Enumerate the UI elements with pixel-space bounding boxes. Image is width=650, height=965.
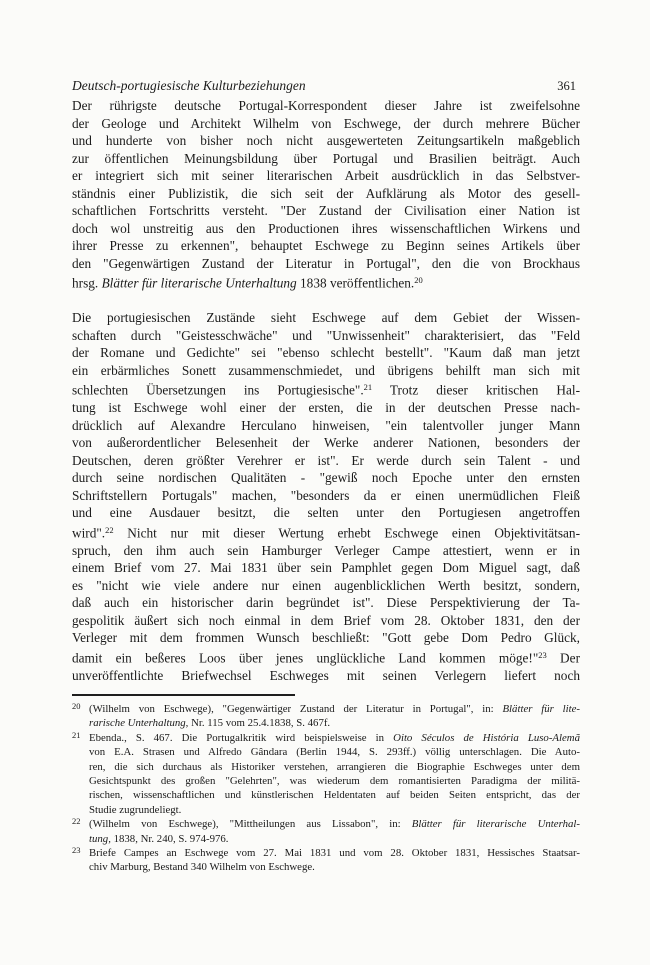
text-run: durch seine nordischen Qualitäten - "gew… xyxy=(72,470,580,485)
text-run: gespolitik äußert sich noch einmal in de… xyxy=(72,613,580,628)
text-run: der Romane und Gedichte" sei "ebenso sch… xyxy=(72,345,580,360)
text-run: 1838 veröffentlichen. xyxy=(297,276,415,291)
text-line: den "Gegenwärtigen Zustand der Literatur… xyxy=(72,255,580,273)
text-line: zur öffentlichen Meinungsbildung über Po… xyxy=(72,150,580,168)
footnote: 23Briefe Campes an Eschwege vom 27. Mai … xyxy=(72,846,580,875)
text-run: tung ist Eschwege wohl einer der ersten,… xyxy=(72,400,580,415)
text-run: doch wol unstreitig aus den Productionen… xyxy=(72,221,580,236)
text-line: daß auch ein historischer darin begründe… xyxy=(72,594,580,612)
footnote: 20(Wilhelm von Eschwege), "Gegenwärtiger… xyxy=(72,702,580,731)
footnote-line: chiv Marburg, Bestand 340 Wilhelm von Es… xyxy=(89,860,580,874)
footnote-ref: 22 xyxy=(105,525,114,535)
footnote-line: 23Briefe Campes an Eschwege vom 27. Mai … xyxy=(89,846,580,860)
text-run: ren, die sich durchaus als Historiker ve… xyxy=(89,761,580,773)
page-number: 361 xyxy=(557,78,580,95)
footnote-line: 22(Wilhelm von Eschwege), "Mittheilungen… xyxy=(89,817,580,831)
footnote-number: 23 xyxy=(72,843,81,857)
footnote-rule xyxy=(72,694,295,696)
text-run: Briefe Campes an Eschwege vom 27. Mai 18… xyxy=(89,847,580,859)
footnote-number: 20 xyxy=(72,699,81,713)
text-run: 1838, Nr. 240, S. 974-976. xyxy=(111,833,229,845)
text-run: der Geologe und Architekt Wilhelm von Es… xyxy=(72,116,580,131)
footnote-ref: 20 xyxy=(414,275,423,285)
text-line: ihrer Presse zu erkennen", behauptet Esc… xyxy=(72,237,580,255)
footnote-line: ren, die sich durchaus als Historiker ve… xyxy=(89,760,580,774)
text-line: schaften durch "Geistesschwäche" und "Un… xyxy=(72,327,580,345)
text-run: von außerordentlicher Belesenheit der We… xyxy=(72,435,580,450)
footnote-number: 21 xyxy=(72,728,81,742)
text-line: und hunderte von bisher noch nicht ausge… xyxy=(72,132,580,150)
text-run: und eine Ausdauer besitzt, die selten un… xyxy=(72,505,580,520)
text-line: unveröffentlichte Briefwechsel Eschweges… xyxy=(72,667,580,685)
footnote-line: Studie zugrundeliegt. xyxy=(89,803,580,817)
text-line: schaftlichen Fortschritts versteht. "Der… xyxy=(72,202,580,220)
text-run: hrsg. xyxy=(72,276,102,291)
text-run: rischen, wissenschaftlichen und künstler… xyxy=(89,789,580,801)
text-run: ihrer Presse zu erkennen", behauptet Esc… xyxy=(72,238,580,253)
text-line: durch seine nordischen Qualitäten - "gew… xyxy=(72,469,580,487)
body-text: Der rührigste deutsche Portugal-Korrespo… xyxy=(72,97,580,684)
footnote-line: 21Ebenda., S. 467. Die Portugalkritik wi… xyxy=(89,731,580,745)
footnote: 22(Wilhelm von Eschwege), "Mittheilungen… xyxy=(72,817,580,846)
text-line: Verleger mit dem frommen Wunsch beschlie… xyxy=(72,629,580,647)
text-run: Deutschen, deren größter Verehrer er ist… xyxy=(72,453,580,468)
footnote-line: tung, 1838, Nr. 240, S. 974-976. xyxy=(89,832,580,846)
footnote-number: 22 xyxy=(72,814,81,828)
text-run: schaftlichen Fortschritts versteht. "Der… xyxy=(72,203,580,218)
text-run: Nr. 115 vom 25.4.1838, S. 467f. xyxy=(188,717,330,729)
header-title: Deutsch-portugiesische Kulturbeziehungen xyxy=(72,77,306,94)
footnotes: 20(Wilhelm von Eschwege), "Gegenwärtiger… xyxy=(72,702,580,875)
text-line: wird".22 Nicht nur mit dieser Wertung er… xyxy=(72,522,580,542)
text-run: Studie zugrundeliegt. xyxy=(89,804,181,816)
text-run: Der rührigste deutsche Portugal-Korrespo… xyxy=(72,98,580,113)
text-run: Blätter für literarische Unterhaltung xyxy=(102,276,297,291)
text-line: der Geologe und Architekt Wilhelm von Es… xyxy=(72,115,580,133)
text-run: ein erbärmliches Sonett zusammenschmiede… xyxy=(72,363,580,378)
text-run: Verleger mit dem frommen Wunsch beschlie… xyxy=(72,630,580,645)
text-run: einem Brief vom 27. Mai 1831 über sein P… xyxy=(72,560,580,575)
text-run: tung, xyxy=(89,833,111,845)
text-run: drücklich auf Alexandre Herculano hinwei… xyxy=(72,418,580,433)
text-line: und eine Ausdauer besitzt, die selten un… xyxy=(72,504,580,522)
text-run: schaften durch "Geistesschwäche" und "Un… xyxy=(72,328,580,343)
text-line: ein erbärmliches Sonett zusammenschmiede… xyxy=(72,362,580,380)
text-line: doch wol unstreitig aus den Productionen… xyxy=(72,220,580,238)
text-run: spruch, den ihm auch sein Hamburger Verl… xyxy=(72,543,580,558)
text-run: ständnis einer Publizistik, die sich sei… xyxy=(72,186,580,201)
text-run: und hunderte von bisher noch nicht ausge… xyxy=(72,133,580,148)
text-line: schlechten Übersetzungen ins Portugiesis… xyxy=(72,379,580,399)
text-line: damit ein beßeres Loos über jenes unglüc… xyxy=(72,647,580,667)
text-run: zur öffentlichen Meinungsbildung über Po… xyxy=(72,151,580,166)
text-line: Die portugiesischen Zustände sieht Eschw… xyxy=(72,309,580,327)
footnote-line: rischen, wissenschaftlichen und künstler… xyxy=(89,788,580,802)
text-line: drücklich auf Alexandre Herculano hinwei… xyxy=(72,417,580,435)
footnote-ref: 23 xyxy=(538,650,547,660)
text-run: Trotz dieser kritischen Hal- xyxy=(372,383,580,398)
text-run: Die portugiesischen Zustände sieht Eschw… xyxy=(72,310,580,325)
text-run: Der xyxy=(547,650,580,665)
text-line: einem Brief vom 27. Mai 1831 über sein P… xyxy=(72,559,580,577)
text-run: es "nicht wie viele andere nur einen aug… xyxy=(72,578,580,593)
footnote: 21Ebenda., S. 467. Die Portugalkritik wi… xyxy=(72,731,580,817)
text-run: Ebenda., S. 467. Die Portugalkritik wird… xyxy=(89,732,393,744)
text-line: ständnis einer Publizistik, die sich sei… xyxy=(72,185,580,203)
text-run: Blätter für lite- xyxy=(502,703,580,715)
text-run: schlechten Übersetzungen ins Portugiesis… xyxy=(72,383,364,398)
paragraph: Die portugiesischen Zustände sieht Eschw… xyxy=(72,309,580,684)
text-line: er integriert sich mit seiner literarisc… xyxy=(72,167,580,185)
text-run: daß auch ein historischer darin begründe… xyxy=(72,595,580,610)
footnote-line: von E.A. Strasen und Alfredo Gândara (Be… xyxy=(89,745,580,759)
text-line: tung ist Eschwege wohl einer der ersten,… xyxy=(72,399,580,417)
text-line: der Romane und Gedichte" sei "ebenso sch… xyxy=(72,344,580,362)
text-run: Schriftstellern Portugals" machen, "beso… xyxy=(72,488,580,503)
footnote-line: rarische Unterhaltung, Nr. 115 vom 25.4.… xyxy=(89,716,580,730)
text-line: von außerordentlicher Belesenheit der We… xyxy=(72,434,580,452)
paragraph: Der rührigste deutsche Portugal-Korrespo… xyxy=(72,97,580,292)
text-run: unveröffentlichte Briefwechsel Eschweges… xyxy=(72,668,580,683)
text-run: damit ein beßeres Loos über jenes unglüc… xyxy=(72,650,538,665)
text-run: Oito Séculos de História Luso-Alemã xyxy=(393,732,580,744)
text-run: Blätter für literarische Unterhal- xyxy=(412,818,580,830)
text-line: gespolitik äußert sich noch einmal in de… xyxy=(72,612,580,630)
text-line: Deutschen, deren größter Verehrer er ist… xyxy=(72,452,580,470)
text-line: Der rührigste deutsche Portugal-Korrespo… xyxy=(72,97,580,115)
text-run: chiv Marburg, Bestand 340 Wilhelm von Es… xyxy=(89,861,315,873)
text-run: (Wilhelm von Eschwege), "Gegenwärtiger Z… xyxy=(89,703,502,715)
text-line: es "nicht wie viele andere nur einen aug… xyxy=(72,577,580,595)
footnote-line: Gesichtspunkt des großen "Gelehrten", wa… xyxy=(89,774,580,788)
running-header: Deutsch-portugiesische Kulturbeziehungen… xyxy=(72,77,580,95)
text-line: Schriftstellern Portugals" machen, "beso… xyxy=(72,487,580,505)
footnote-ref: 21 xyxy=(364,382,373,392)
text-run: den "Gegenwärtigen Zustand der Literatur… xyxy=(72,256,580,271)
text-run: Nicht nur mit dieser Wertung erhebt Esch… xyxy=(114,525,580,540)
page: Deutsch-portugiesische Kulturbeziehungen… xyxy=(0,0,650,965)
text-line: spruch, den ihm auch sein Hamburger Verl… xyxy=(72,542,580,560)
text-run: (Wilhelm von Eschwege), "Mittheilungen a… xyxy=(89,818,412,830)
text-run: rarische Unterhaltung, xyxy=(89,717,188,729)
text-line: hrsg. Blätter für literarische Unterhalt… xyxy=(72,272,580,292)
text-run: er integriert sich mit seiner literarisc… xyxy=(72,168,580,183)
text-run: wird". xyxy=(72,525,105,540)
text-run: von E.A. Strasen und Alfredo Gândara (Be… xyxy=(89,746,580,758)
text-run: Gesichtspunkt des großen "Gelehrten", wa… xyxy=(89,775,580,787)
footnote-line: 20(Wilhelm von Eschwege), "Gegenwärtiger… xyxy=(89,702,580,716)
